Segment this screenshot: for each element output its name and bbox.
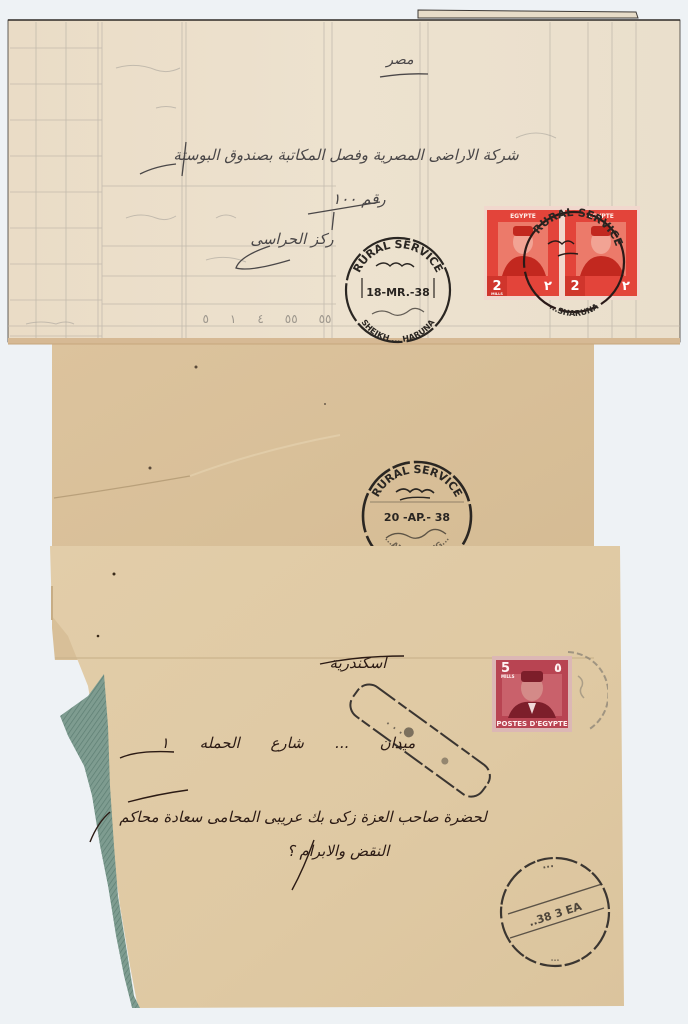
postmark-date: 20 -AP.- 38 <box>384 511 450 524</box>
faint-cancel-mark <box>548 646 608 736</box>
flourish-stroke <box>88 786 208 846</box>
postmark-bottom-text: ...SHARUNA <box>548 302 601 319</box>
underline-stroke <box>304 194 384 234</box>
ledger-footer-numerals: ٥ ١ ٤ ٥٥ ٥٥ <box>192 312 342 326</box>
address-line-court: النقض والابرام ؟ <box>258 842 418 860</box>
postmark-top-text: ... <box>541 859 554 872</box>
address-line-country: مصر <box>370 52 430 68</box>
postmark-date: ..38 3 EA <box>527 900 584 930</box>
postmark-top-text: RURAL SERVICE <box>351 238 446 275</box>
ledger-numeral: ٥٥ <box>285 312 298 326</box>
arrival-postmark: ... ..38 3 EA ... <box>498 854 612 970</box>
top-wrapper: ٥ ١ ٤ ٥٥ ٥٥ مصر شركة الاراضى المصرية وفص… <box>6 8 684 348</box>
ledger-numeral: ٤ <box>257 312 263 326</box>
ledger-numeral: ٥٥ <box>319 312 332 326</box>
postmark-top-text: RURAL SERVICE <box>369 463 465 499</box>
flourish-stroke <box>136 136 196 186</box>
flourish-stroke <box>230 242 300 274</box>
postmark-bottom-text: SHEIKH ... HARUNA <box>360 317 437 344</box>
underline-stroke <box>318 654 408 666</box>
bottom-cover: 5 ٥ MILLS POSTES D'EGYPTE ... ... ..38 3 <box>48 546 628 1016</box>
stamp-cancel-postmark: RURAL SERVICE ...SHARUNA <box>518 204 628 326</box>
ledger-numeral: ٥ <box>202 312 208 326</box>
underline-stroke <box>378 72 432 80</box>
postmark-bottom-text: ... <box>550 954 559 963</box>
stamp-unit: MILLS <box>491 292 503 296</box>
underline-stroke <box>118 744 178 760</box>
rural-service-postmark-18-mr: RURAL SERVICE 18-MR.-38 SHEIKH ... HARUN… <box>342 236 454 344</box>
ledger-numeral: ١ <box>230 312 236 326</box>
fez-icon <box>521 671 543 682</box>
descender-stroke <box>284 838 324 894</box>
postmark-date: 18-MR.-38 <box>366 286 430 299</box>
address-line-company: شركة الاراضى المصرية وفصل المكاتبة بصندو… <box>136 146 556 164</box>
